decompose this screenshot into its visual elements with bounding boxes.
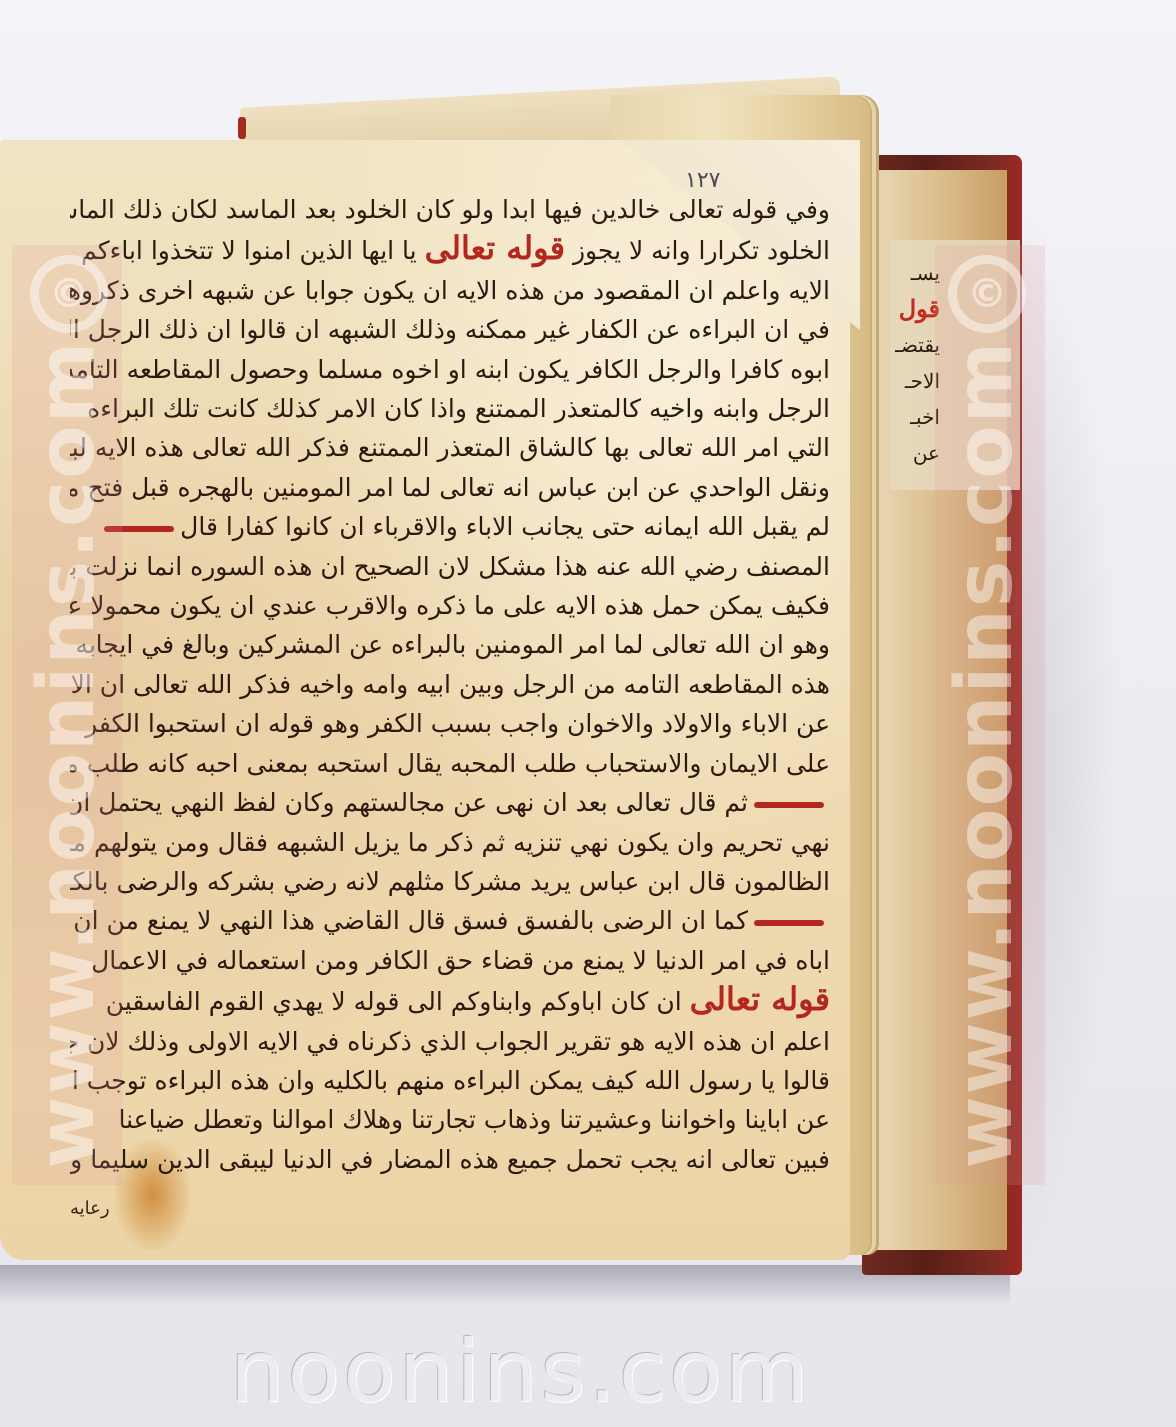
text-line: على الايمان والاستحباب طلب المحبه يقال ا…: [70, 744, 830, 783]
text-line: عن اباينا واخواننا وعشيرتنا وذهاب تجارتن…: [70, 1100, 830, 1139]
rubric-overline: [754, 802, 824, 808]
side-page-text: يسـ قول يقتضـ الاحـ اخبـ عن: [880, 255, 940, 515]
text-line: في ان البراءه عن الكفار غير ممكنه وذلك ا…: [70, 310, 830, 349]
text-line: نهي تحريم وان يكون نهي تنزيه ثم ذكر ما ي…: [70, 823, 830, 862]
text-line: كما ان الرضى بالفسق فسق قال القاضي هذا ا…: [70, 901, 830, 940]
text-line: التي امر الله تعالى بها كالشاق المتعذر ا…: [70, 428, 830, 467]
watermark-vertical-right: www.noonins.com: [940, 340, 1030, 1168]
text-line: فكيف يمكن حمل هذه الايه على ما ذكره والا…: [70, 586, 830, 625]
text-line: الظالمون قال ابن عباس يريد مشركا مثلهم ل…: [70, 862, 830, 901]
text-line: الرجل وابنه واخيه كالمتعذر الممتنع واذا …: [70, 389, 830, 428]
text-line: لم يقبل الله ايمانه حتى يجانب الاباء وال…: [70, 507, 830, 546]
text-line: الايه واعلم ان المقصود من هذه الايه ان ي…: [70, 271, 830, 310]
book-shadow: [0, 1265, 1010, 1305]
side-line: يسـ: [880, 255, 940, 291]
text-line: هذه المقاطعه التامه من الرجل وبين ابيه و…: [70, 665, 830, 704]
text-line: قوله تعالى ان كان اباوكم وابناوكم الى قو…: [70, 980, 830, 1021]
copyright-icon: ©: [30, 255, 108, 333]
text-line: ونقل الواحدي عن ابن عباس انه تعالى لما ا…: [70, 468, 830, 507]
side-line: عن: [880, 435, 940, 471]
text-line: ابوه كافرا والرجل الكافر يكون ابنه او اخ…: [70, 350, 830, 389]
text-line: قالوا يا رسول الله كيف يمكن البراءه منهم…: [70, 1061, 830, 1100]
side-line: يقتضـ: [880, 327, 940, 363]
text-line: ثم قال تعالى بعد ان نهى عن مجالستهم وكان…: [70, 783, 830, 822]
text-line: عن الاباء والاولاد والاخوان واجب بسبب ال…: [70, 704, 830, 743]
text-line: الخلود تكرارا وانه لا يجوز قوله تعالى يا…: [70, 229, 830, 270]
manuscript-text: وفي قوله تعالى خالدين فيها ابدا ولو كان …: [70, 190, 830, 1179]
text-line: المصنف رضي الله عنه هذا مشكل لان الصحيح …: [70, 547, 830, 586]
catchword: رعايه: [70, 1198, 110, 1219]
text-line: فبين تعالى انه يجب تحمل جميع هذه المضار …: [70, 1140, 830, 1179]
footer-watermark: noonins.com: [230, 1322, 811, 1422]
text-line: اباه في امر الدنيا لا يمنع من قضاء حق ال…: [70, 941, 830, 980]
bookmark-ribbon: [238, 117, 246, 139]
text-line: وهو ان الله تعالى لما امر المومنين بالبر…: [70, 625, 830, 664]
rubric-overline: [754, 920, 824, 926]
side-line: الاحـ: [880, 363, 940, 399]
text-line: وفي قوله تعالى خالدين فيها ابدا ولو كان …: [70, 190, 830, 229]
watermark-vertical-left: www.noonins.com: [22, 340, 112, 1168]
side-rubric: قول: [880, 291, 940, 327]
text-line: اعلم ان هذه الايه هو تقرير الجواب الذي ذ…: [70, 1022, 830, 1061]
rubric-heading: قوله تعالى: [690, 980, 830, 1018]
side-line: اخبـ: [880, 399, 940, 435]
copyright-icon: ©: [948, 255, 1026, 333]
rubric-heading: قوله تعالى: [425, 229, 565, 267]
